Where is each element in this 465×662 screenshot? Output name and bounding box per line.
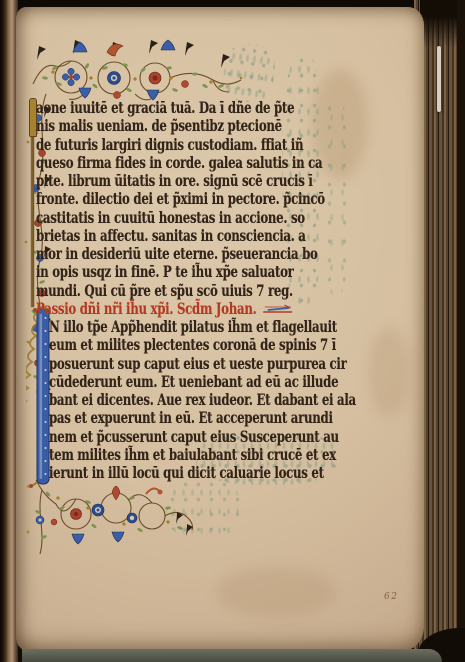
text-line: nem et p̃cusserunt caput eius Susceperun… <box>49 428 402 446</box>
text-line: castitatis in cuuitū honestas in accione… <box>36 209 389 227</box>
rubric: Passio dñi nr̃i ih̃u xp̃i. Scd̃m Johan. <box>36 300 389 318</box>
text-line: nis malis ueniam. de p̃sentibz ptecionē <box>36 117 389 135</box>
floral-border-bottom <box>28 478 198 552</box>
parchment-stain <box>216 567 336 617</box>
passion-paragraph: N illo tp̃e App̃hendit pilatus ih̃m et f… <box>36 318 346 482</box>
text-line: pite. librum ūitatis in ore. signū scē c… <box>36 172 389 190</box>
photo-right-edge <box>457 0 465 662</box>
text-line: in opis usqz in finē. P te ih̃u xp̃e sal… <box>36 263 389 281</box>
text-line: queso firma fides in corde. galea saluti… <box>36 154 389 172</box>
text-line: mor in desideriū uite eterne. p̃seueranc… <box>36 245 389 263</box>
text-line: cūdederunt eum. Et ueniebant ad eū ac il… <box>49 373 402 391</box>
text-line: eum et milites plectentes coronā de spin… <box>49 336 402 354</box>
bookmark-ribbon <box>437 46 441 112</box>
text-line: de futuris largiri dignis custodiam. ffi… <box>36 136 389 154</box>
text-line: aone iuuitē et graciā tuā. Da ī dñe de p… <box>36 99 389 117</box>
text-line: pas et expuerunt in eū. Et acceperunt ar… <box>49 409 402 427</box>
prayer-paragraph: aone iuuitē et graciā tuā. Da ī dñe de p… <box>36 99 346 300</box>
text-line: posuerunt sup caput eius et ueste purpur… <box>49 355 402 373</box>
text-line: N illo tp̃e App̃hendit pilatus ih̃m et f… <box>49 318 402 336</box>
manuscript-page: aone iuuitē et graciā tuā. Da ī dñe de p… <box>16 7 424 651</box>
text-line: mundi. Qui cū p̃re et sp̃u scō uiuis 7 r… <box>36 282 389 300</box>
floral-border-top <box>25 38 255 102</box>
line-filler-ornament <box>262 303 295 315</box>
text-line: ierunt in illū locū qui dicit caluarie l… <box>49 464 402 482</box>
table-surface-strip <box>22 649 442 662</box>
manuscript-photo: aone iuuitē et graciā tuā. Da ī dñe de p… <box>0 0 465 662</box>
rubric-text: Passio dñi nr̃i ih̃u xp̃i. Scd̃m Johan. <box>36 300 256 318</box>
text-line: bant ei dicentes. Aue rex iudeor. Et dab… <box>49 391 402 409</box>
text-block: aone iuuitē et graciā tuā. Da ī dñe de p… <box>36 99 346 482</box>
text-line: tem milites ih̃m et baiulabant sibi cruc… <box>49 446 402 464</box>
folio-number: 62 <box>384 592 398 602</box>
text-line: fronte. dilectio dei et p̃ximi in pector… <box>36 190 389 208</box>
text-line: brietas in affectu. sanitas in conscienc… <box>36 227 389 245</box>
